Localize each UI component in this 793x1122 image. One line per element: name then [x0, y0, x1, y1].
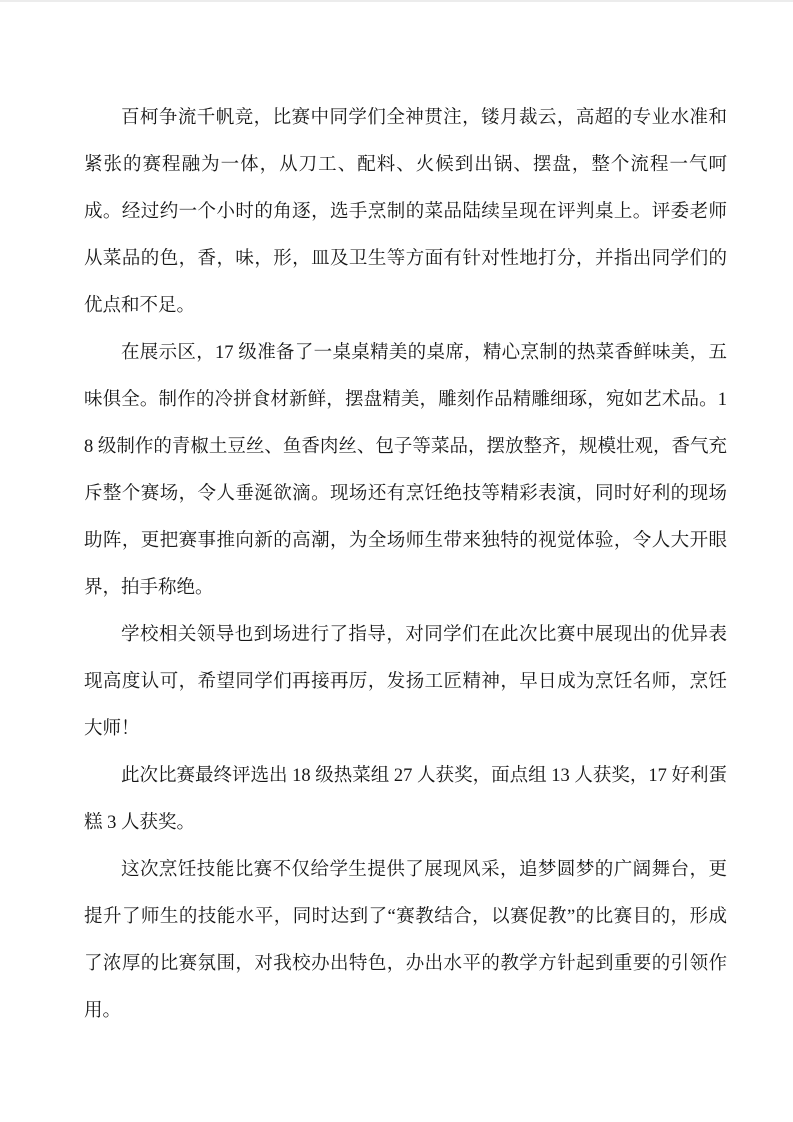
document-text-block: 百柯争流千帆竞，比赛中同学们全神贯注，镂月裁云，高超的专业水准和紧张的赛程融为一… — [84, 95, 727, 1035]
paragraph-display-area: 在展示区，17 级准备了一桌桌精美的桌席，精心烹制的热菜香鲜味美，五味俱全。制作… — [84, 330, 727, 612]
paragraph-conclusion: 这次烹饪技能比赛不仅给学生提供了展现风采，追梦圆梦的广阔舞台，更提升了师生的技能… — [84, 847, 727, 1035]
document-page: 百柯争流千帆竞，比赛中同学们全神贯注，镂月裁云，高超的专业水准和紧张的赛程融为一… — [0, 0, 793, 1122]
paragraph-school-leaders: 学校相关领导也到场进行了指导，对同学们在此次比赛中展现出的优异表现高度认可，希望… — [84, 612, 727, 753]
page-top-edge — [0, 0, 793, 2]
paragraph-competition-process: 百柯争流千帆竞，比赛中同学们全神贯注，镂月裁云，高超的专业水准和紧张的赛程融为一… — [84, 95, 727, 330]
paragraph-award-results: 此次比赛最终评选出 18 级热菜组 27 人获奖，面点组 13 人获奖，17 好… — [84, 753, 727, 847]
